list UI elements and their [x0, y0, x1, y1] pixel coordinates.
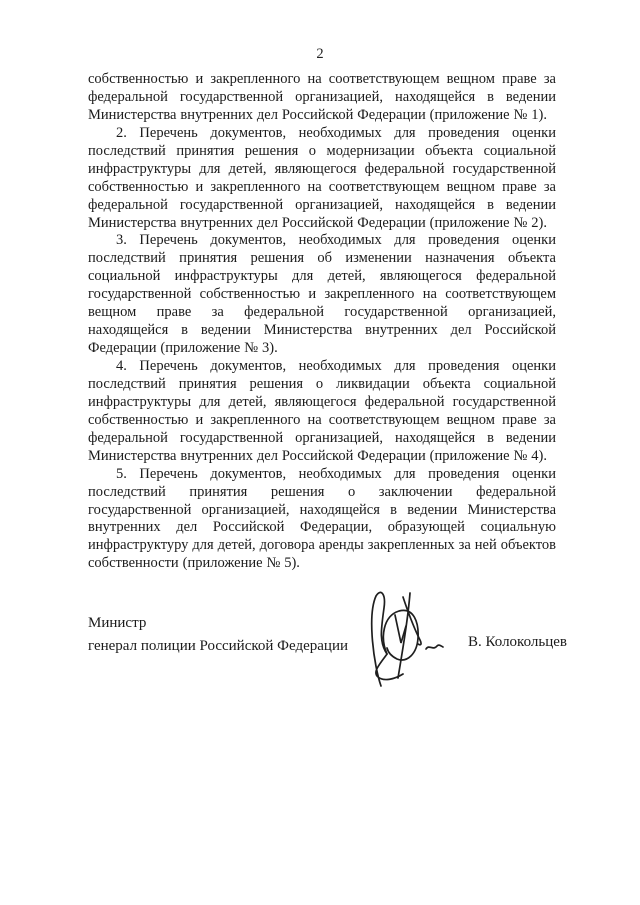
text-line: федеральной государственной организацией…: [88, 430, 556, 448]
text-line: последствий принятия решения о модерниза…: [88, 143, 556, 161]
text-line: внутренних дел Российской Федерации, обр…: [88, 519, 556, 537]
text-line: вещном праве за федеральной государствен…: [88, 304, 556, 322]
signer-position: Министр генерал полиции Российской Федер…: [88, 612, 348, 657]
text-line: 4. Перечень документов, необходимых для …: [88, 358, 556, 376]
paragraph: 5. Перечень документов, необходимых для …: [88, 466, 556, 574]
text-line: последствий принятия решения о заключени…: [88, 484, 556, 502]
document-body: собственностью и закрепленного на соотве…: [88, 71, 556, 573]
text-line: собственности (приложение № 5).: [88, 555, 556, 573]
text-line: Министерства внутренних дел Российской Ф…: [88, 215, 556, 233]
text-line: социальной инфраструктуры для детей, явл…: [88, 268, 556, 286]
text-line: Министерства внутренних дел Российской Ф…: [88, 107, 556, 125]
text-line: инфраструктуры для детей, являющегося фе…: [88, 161, 556, 179]
text-line: Федерации (приложение № 3).: [88, 340, 556, 358]
signer-name: В. Колокольцев: [468, 634, 567, 651]
text-line: собственностью и закрепленного на соотве…: [88, 179, 556, 197]
signer-position-line1: Министр: [88, 612, 348, 635]
text-line: инфраструктуры для детей, являющегося фе…: [88, 394, 556, 412]
text-line: инфраструктуру для детей, договора аренд…: [88, 537, 556, 555]
document-page: 2 собственностью и закрепленного на соот…: [0, 0, 640, 905]
paragraph: 2. Перечень документов, необходимых для …: [88, 125, 556, 233]
text-line: 5. Перечень документов, необходимых для …: [88, 466, 556, 484]
text-line: 3. Перечень документов, необходимых для …: [88, 232, 556, 250]
text-line: федеральной государственной организацией…: [88, 89, 556, 107]
text-line: государственной собственностью и закрепл…: [88, 286, 556, 304]
page-number: 2: [0, 46, 640, 63]
text-line: последствий принятия решения о ликвидаци…: [88, 376, 556, 394]
text-line: государственной организацией, находящейс…: [88, 502, 556, 520]
text-line: находящейся в ведении Министерства внутр…: [88, 322, 556, 340]
text-line: 2. Перечень документов, необходимых для …: [88, 125, 556, 143]
paragraph: собственностью и закрепленного на соотве…: [88, 71, 556, 125]
paragraph: 4. Перечень документов, необходимых для …: [88, 358, 556, 466]
text-line: собственностью и закрепленного на соотве…: [88, 412, 556, 430]
paragraph: 3. Перечень документов, необходимых для …: [88, 232, 556, 358]
signer-position-line2: генерал полиции Российской Федерации: [88, 635, 348, 658]
text-line: федеральной государственной организацией…: [88, 197, 556, 215]
handwritten-signature-icon: [350, 586, 470, 698]
text-line: собственностью и закрепленного на соотве…: [88, 71, 556, 89]
text-line: последствий принятия решения об изменени…: [88, 250, 556, 268]
text-line: Министерства внутренних дел Российской Ф…: [88, 448, 556, 466]
